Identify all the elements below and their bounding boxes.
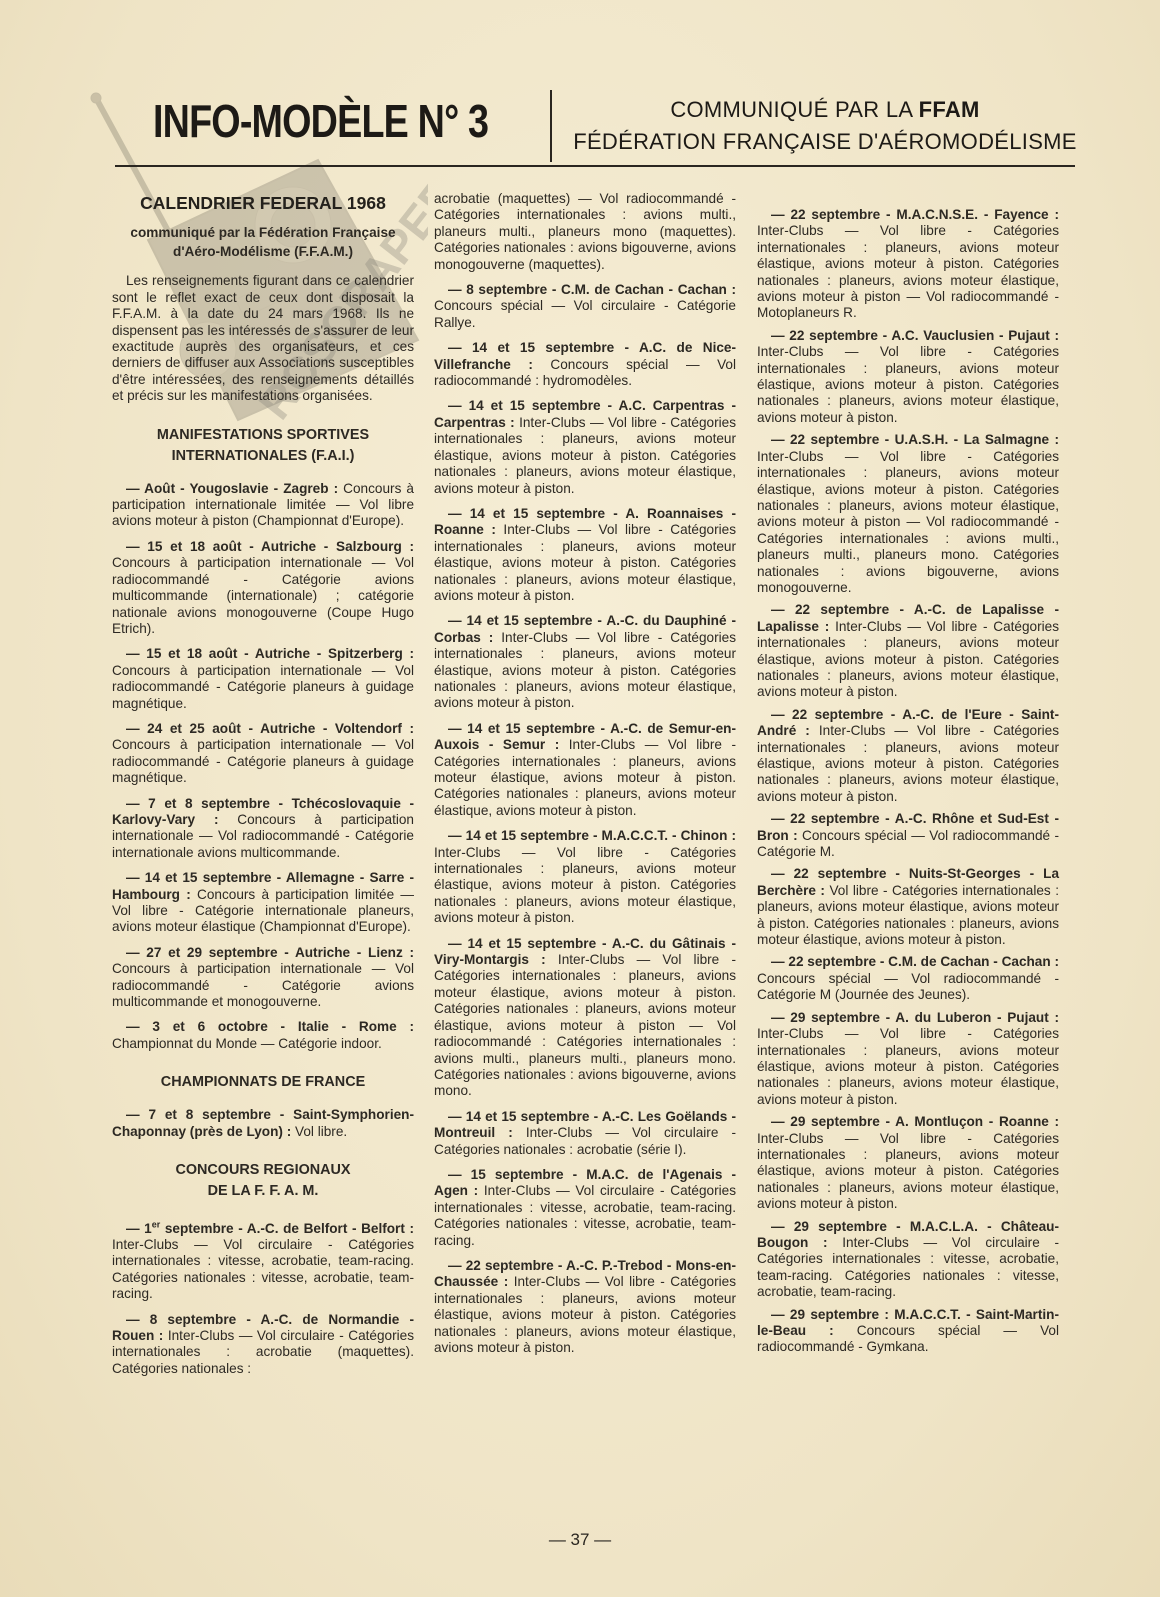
entry-description: Inter-Clubs — Vol circulaire - Catégorie… (434, 1183, 736, 1247)
entry-date-location: — 14 et 15 septembre - M.A.C.C.T. - Chin… (448, 828, 736, 843)
entry-description: Inter-Clubs — Vol libre - Catégories int… (757, 449, 1059, 595)
section-heading-france: CHAMPIONNATS DE FRANCE (112, 1072, 414, 1093)
entry-description: Inter-Clubs — Vol libre - Catégories int… (757, 1131, 1059, 1212)
calendar-entry: — 22 septembre - A.-C. de Lapalisse - La… (757, 602, 1059, 700)
entry-description: Inter-Clubs — Vol libre - Catégories int… (434, 952, 736, 1098)
calendar-entry: — 29 septembre - M.A.C.L.A. - Château-Bo… (757, 1219, 1059, 1301)
calendar-entry: — Août - Yougoslavie - Zagreb : Concours… (112, 481, 414, 530)
entry-date-location: — 7 et 8 septembre - Saint-Symphorien-Ch… (112, 1107, 414, 1138)
entry-description: Inter-Clubs — Vol libre - Catégories int… (434, 845, 736, 926)
masthead-rule (115, 165, 1075, 167)
entry-date-location: — 3 et 6 octobre - Italie - Rome : (126, 1019, 414, 1034)
section-heading-regional: CONCOURS REGIONAUX DE LA F. F. A. M. (112, 1160, 414, 1202)
calendar-entry: — 29 septembre : M.A.C.C.T. - Saint-Mart… (757, 1307, 1059, 1356)
masthead: INFO-MODÈLE N° 3 COMMUNIQUÉ PAR LA FFAM … (115, 88, 1075, 168)
calendar-entry: — 22 septembre - Nuits-St-Georges - La B… (757, 866, 1059, 948)
calendar-entry: — 22 septembre - C.M. de Cachan - Cachan… (757, 954, 1059, 1003)
article-subtitle: communiqué par la Fédération Française d… (112, 223, 414, 261)
calendar-entry: — 22 septembre - A.C. Vauclusien - Pujau… (757, 328, 1059, 426)
calendar-entry: — 14 et 15 septembre - A.-C. du Gâtinais… (434, 936, 736, 1100)
calendar-entry: — 22 septembre - A.-C. Rhône et Sud-Est … (757, 811, 1059, 860)
calendar-entry: — 29 septembre - A. du Luberon - Pujaut … (757, 1010, 1059, 1108)
entry-description: Inter-Clubs — Vol circulaire - Catégorie… (112, 1237, 414, 1301)
calendar-entry: — 22 septembre - U.A.S.H. - La Salmagne … (757, 432, 1059, 596)
entry-description: Concours spécial — Vol radiocommandé - C… (757, 971, 1059, 1002)
masthead-line1: COMMUNIQUÉ PAR LA FFAM (565, 94, 1085, 126)
entry-date-location: — 15 et 18 août - Autriche - Salzbourg : (126, 539, 414, 554)
page-number: — 37 — (0, 1530, 1160, 1550)
calendar-entry: — 27 et 29 septembre - Autriche - Lienz … (112, 945, 414, 1011)
calendar-entry: — 1er septembre - A.-C. de Belfort - Bel… (112, 1216, 414, 1303)
calendar-entry: — 22 septembre - A.-C. P.-Trebod - Mons-… (434, 1258, 736, 1356)
entry-date-location: — 22 septembre - C.M. de Cachan - Cachan… (771, 954, 1059, 969)
entries-france: — 7 et 8 septembre - Saint-Symphorien-Ch… (112, 1107, 414, 1140)
entry-description: Concours à participation internationale … (112, 737, 414, 785)
calendar-entry: — 14 et 15 septembre - A. Roannaises - R… (434, 506, 736, 604)
entry-description: Concours à participation internationale … (112, 961, 414, 1009)
entry-description: Inter-Clubs — Vol libre - Catégories int… (757, 1026, 1059, 1107)
entry-date-location: — 1er septembre - A.-C. de Belfort - Bel… (126, 1221, 414, 1236)
entry-date-location: — 15 et 18 août - Autriche - Spitzerberg… (126, 646, 414, 661)
column-3: — 22 septembre - M.A.C.N.S.E. - Fayence … (757, 207, 1059, 1362)
entries-international: — Août - Yougoslavie - Zagreb : Concours… (112, 481, 414, 1053)
masthead-divider (550, 90, 552, 162)
calendar-entry: — 22 septembre - A.-C. de l'Eure - Saint… (757, 707, 1059, 805)
entry-date-location: — 29 septembre - A. du Luberon - Pujaut … (771, 1010, 1059, 1025)
calendar-entry: — 7 et 8 septembre - Saint-Symphorien-Ch… (112, 1107, 414, 1140)
entry-date-location: — 22 septembre - A.C. Vauclusien - Pujau… (771, 328, 1059, 343)
calendar-entry: — 15 septembre - M.A.C. de l'Agenais - A… (434, 1167, 736, 1249)
entry-description: Concours spécial — Vol radiocommandé - C… (757, 828, 1059, 859)
calendar-entry: — 15 et 18 août - Autriche - Spitzerberg… (112, 646, 414, 712)
entries-regional-col3: — 22 septembre - M.A.C.N.S.E. - Fayence … (757, 207, 1059, 1356)
calendar-entry: — 7 et 8 septembre - Tchécoslovaquie - K… (112, 796, 414, 862)
entry-description: Concours à participation internationale … (112, 555, 414, 636)
entry-date-location: — 22 septembre - U.A.S.H. - La Salmagne … (771, 432, 1059, 447)
entry-description: Inter-Clubs — Vol libre - Catégories int… (757, 344, 1059, 425)
entry-date-location: — 22 septembre - M.A.C.N.S.E. - Fayence … (771, 207, 1059, 222)
calendar-entry: — 14 et 15 septembre - Allemagne - Sarre… (112, 870, 414, 936)
section-heading-international: MANIFESTATIONS SPORTIVES INTERNATIONALES… (112, 425, 414, 467)
calendar-entry: — 24 et 25 août - Autriche - Voltendorf … (112, 721, 414, 787)
entry-description: Championnat du Monde — Catégorie indoor. (112, 1036, 382, 1051)
calendar-entry: — 15 et 18 août - Autriche - Salzbourg :… (112, 539, 414, 637)
entry-continuation: acrobatie (maquettes) — Vol radiocommand… (434, 191, 736, 273)
magazine-section-title: INFO-MODÈLE N° 3 (153, 94, 488, 148)
article-intro: Les renseignements figurant dans ce cale… (112, 273, 414, 404)
entry-date-location: — 8 septembre - C.M. de Cachan - Cachan … (448, 282, 736, 297)
entries-regional-col1: — 1er septembre - A.-C. de Belfort - Bel… (112, 1216, 414, 1377)
entry-description: Vol libre. (291, 1124, 347, 1139)
calendar-entry: — 3 et 6 octobre - Italie - Rome : Champ… (112, 1019, 414, 1052)
calendar-entry: — 8 septembre - A.-C. de Normandie - Rou… (112, 1312, 414, 1378)
calendar-entry: — 14 et 15 septembre - A.-C. de Semur-en… (434, 721, 736, 819)
calendar-entry: — 14 et 15 septembre - A.-C. Les Goëland… (434, 1109, 736, 1158)
entry-description: Concours spécial — Vol circulaire - Caté… (434, 298, 736, 329)
entry-date-location: — Août - Yougoslavie - Zagreb : (126, 481, 338, 496)
masthead-line2: FÉDÉRATION FRANÇAISE D'AÉROMODÉLISME (565, 126, 1085, 158)
entry-date-location: — 27 et 29 septembre - Autriche - Lienz … (126, 945, 414, 960)
calendar-entry: — 14 et 15 septembre - A.C. Carpentras -… (434, 398, 736, 496)
column-1: CALENDRIER FEDERAL 1968 communiqué par l… (112, 195, 414, 1386)
masthead-publisher: COMMUNIQUÉ PAR LA FFAM FÉDÉRATION FRANÇA… (565, 94, 1085, 158)
article-body: CALENDRIER FEDERAL 1968 communiqué par l… (112, 195, 1072, 1525)
calendar-entry: — 8 septembre - C.M. de Cachan - Cachan … (434, 282, 736, 331)
calendar-entry: — 29 septembre - A. Montluçon - Roanne :… (757, 1114, 1059, 1212)
entry-description: Inter-Clubs — Vol libre - Catégories int… (757, 223, 1059, 320)
calendar-entry: — 14 et 15 septembre - A.-C. du Dauphiné… (434, 613, 736, 711)
entry-date-location: — 24 et 25 août - Autriche - Voltendorf … (126, 721, 414, 736)
calendar-entry: — 14 et 15 septembre - A.C. de Nice-Vill… (434, 340, 736, 389)
entry-date-location: — 29 septembre - A. Montluçon - Roanne : (771, 1114, 1059, 1129)
column-2: acrobatie (maquettes) — Vol radiocommand… (434, 191, 736, 1365)
article-title: CALENDRIER FEDERAL 1968 (112, 195, 414, 211)
entries-regional-col2: — 8 septembre - C.M. de Cachan - Cachan … (434, 282, 736, 1356)
calendar-entry: — 14 et 15 septembre - M.A.C.C.T. - Chin… (434, 828, 736, 926)
entry-description: Concours à participation internationale … (112, 663, 414, 711)
calendar-entry: — 22 septembre - M.A.C.N.S.E. - Fayence … (757, 207, 1059, 322)
